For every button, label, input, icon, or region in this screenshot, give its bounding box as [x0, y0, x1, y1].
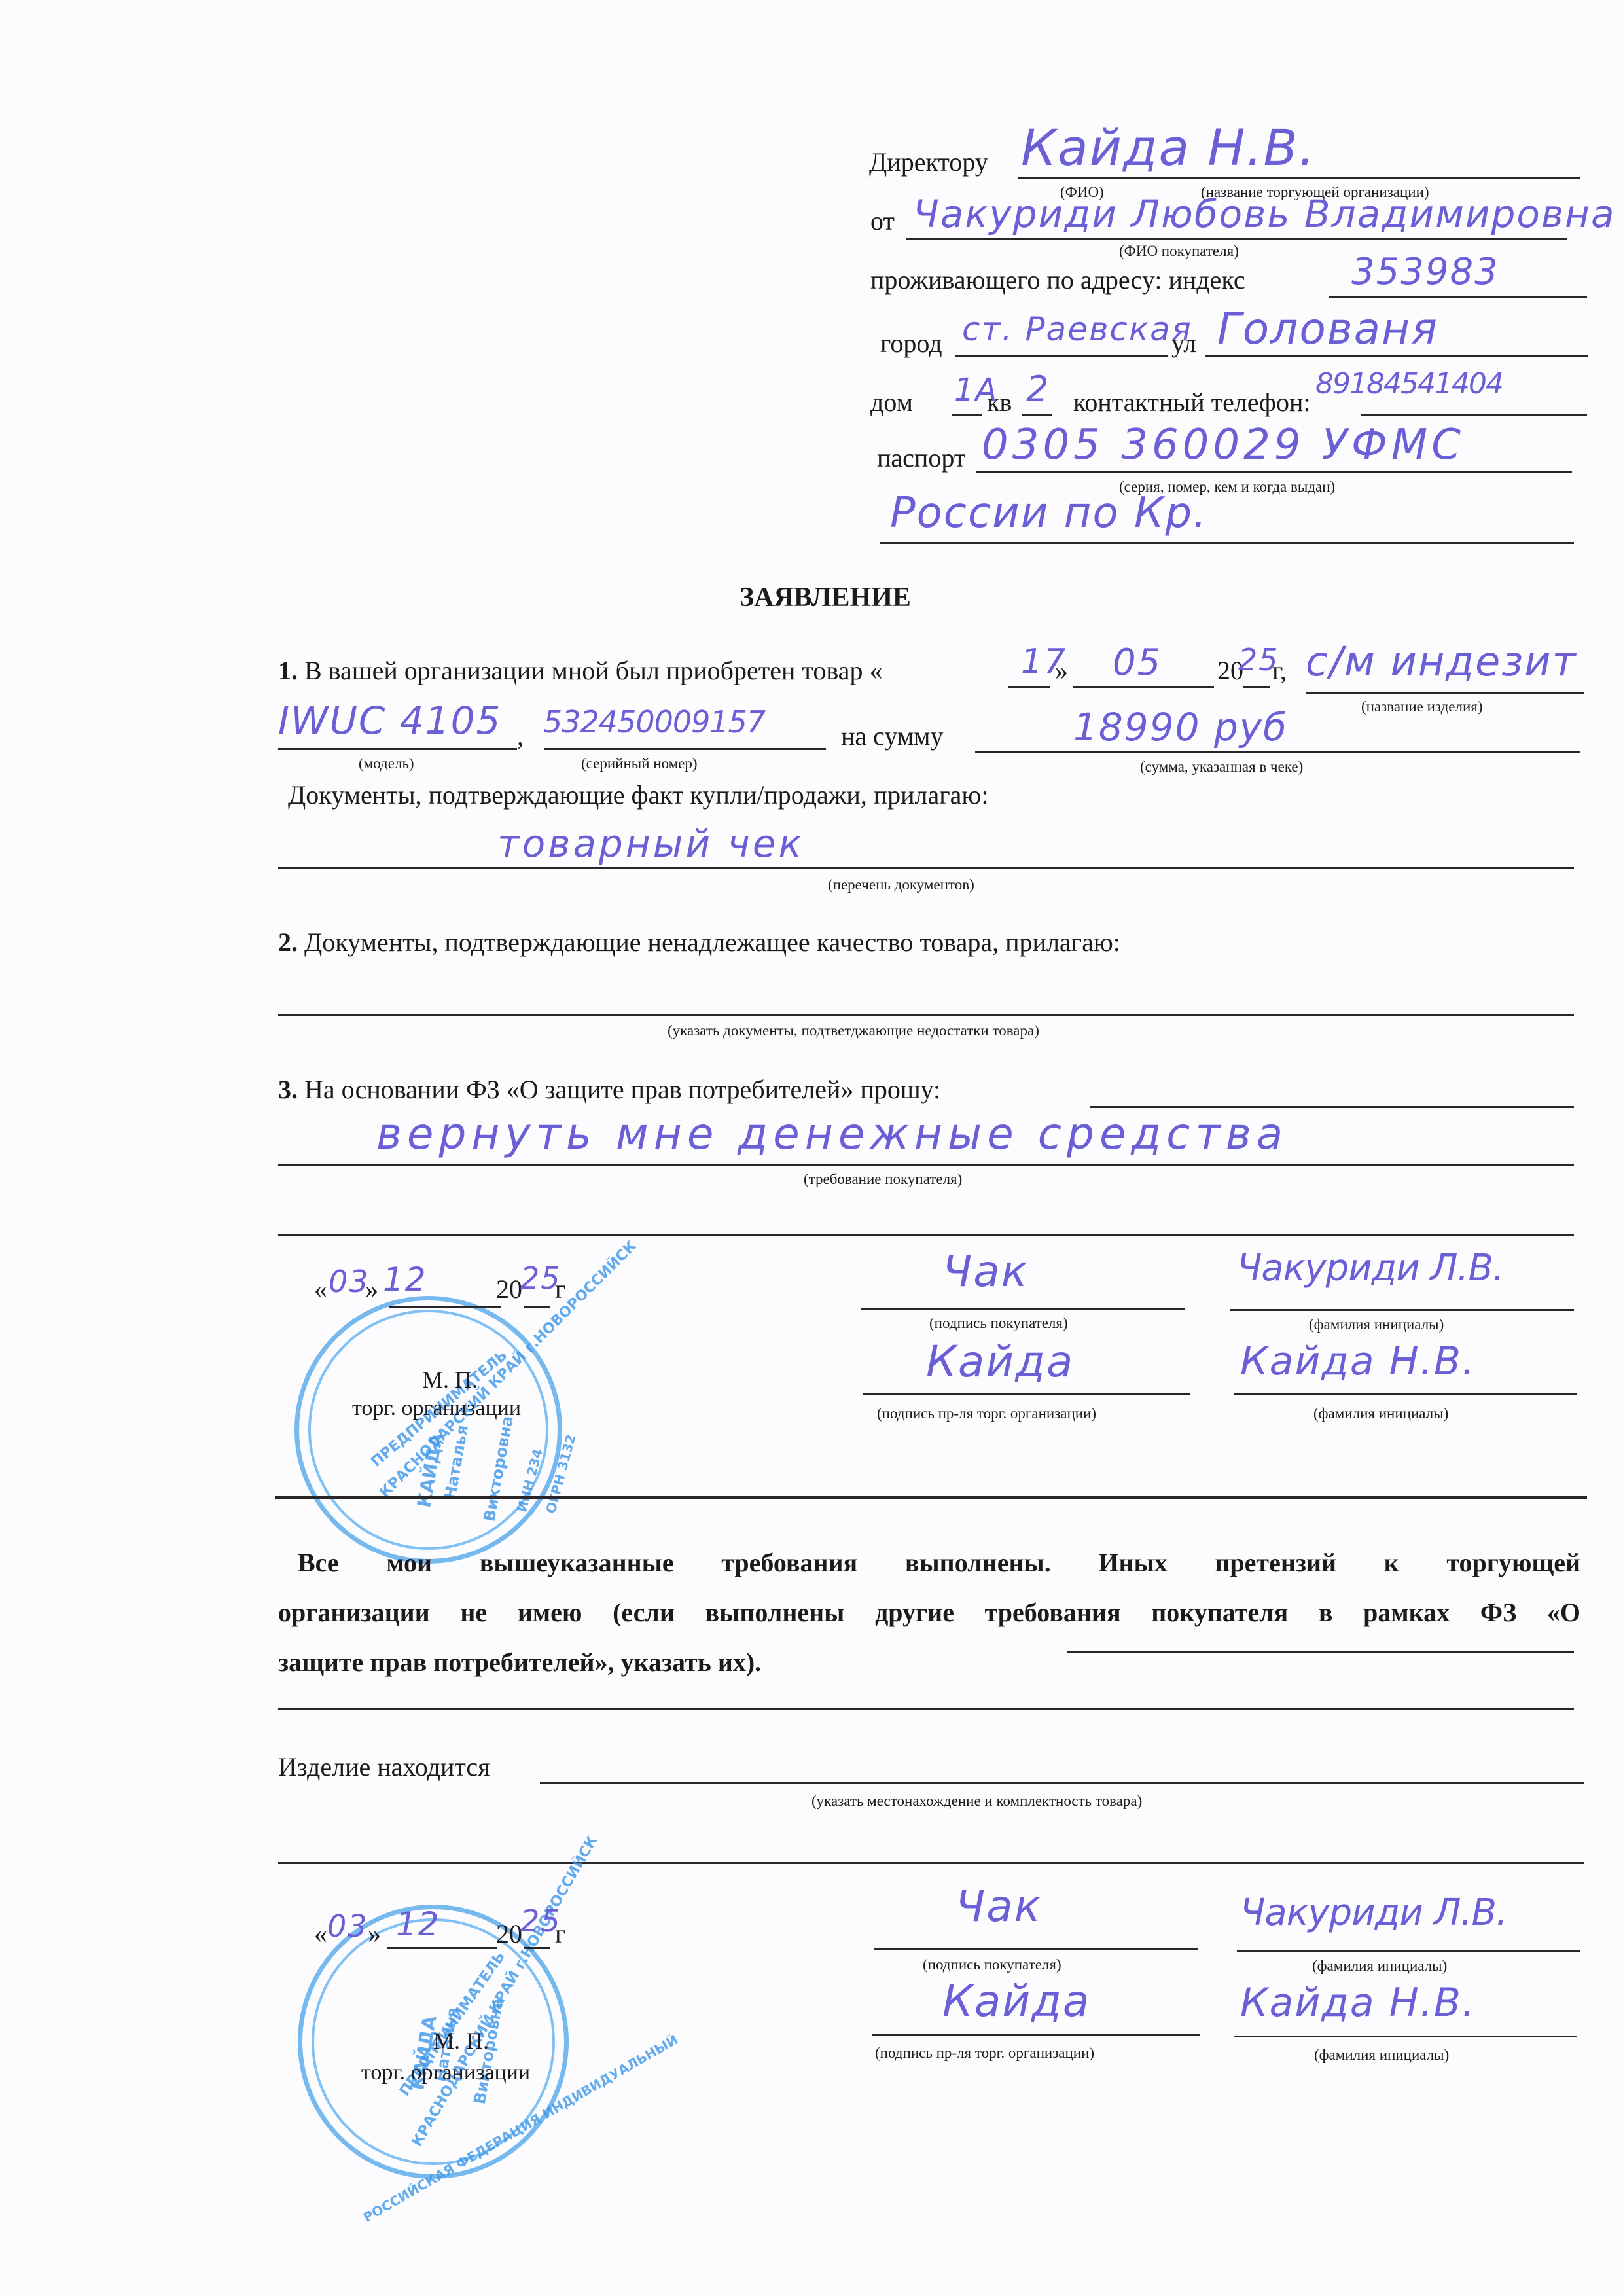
- final-line-2: организации не имею (если выполнены друг…: [278, 1588, 1580, 1638]
- buyer-name-1-caption: (фамилия инициалы): [1309, 1317, 1444, 1332]
- purchase-day-underline: [1008, 686, 1050, 688]
- buyer-name-2-line: [1237, 1950, 1580, 1952]
- from-underline: [906, 238, 1567, 240]
- final-line-3: защите прав потребителей», указать их).: [278, 1638, 1580, 1687]
- section3-underline-3: [278, 1234, 1574, 1236]
- product-name[interactable]: с/м индезит: [1306, 641, 1577, 682]
- passport-label: паспорт: [877, 445, 965, 471]
- purchase-year-underline: [1243, 686, 1270, 688]
- section1-text: 1. В вашей организации мной был приобрет…: [278, 658, 882, 684]
- sum-value[interactable]: 18990 руб: [1073, 708, 1288, 746]
- section3-underline-1: [1090, 1106, 1574, 1108]
- serial-value[interactable]: 532450009157: [543, 707, 765, 737]
- city-label: город: [880, 331, 942, 357]
- from-value[interactable]: Чакуриди Любовь Владимировна: [913, 195, 1616, 233]
- date1-month-underline: [389, 1306, 501, 1308]
- section3-text: 3. На основании ФЗ «О защите прав потреб…: [278, 1077, 940, 1103]
- index-underline: [1329, 296, 1587, 298]
- seller-name-2-caption: (фамилия инициалы): [1314, 2047, 1449, 2062]
- buyer-signature-2-caption: (подпись покупателя): [923, 1957, 1061, 1972]
- buyer-fio-caption: (ФИО покупателя): [1119, 243, 1239, 259]
- comma: ,: [517, 723, 524, 749]
- docs-caption: (перечень документов): [828, 877, 974, 892]
- seller-name-1-line: [1234, 1393, 1577, 1395]
- buyer-signature-1-caption: (подпись покупателя): [929, 1316, 1068, 1331]
- product-name-underline: [1306, 692, 1584, 694]
- document-title: ЗАЯВЛЕНИЕ: [740, 584, 911, 611]
- buyer-name-1-line: [1230, 1309, 1574, 1311]
- serial-underline: [544, 748, 826, 750]
- sum-label: на сумму: [841, 723, 943, 749]
- date2-year-unit: г: [555, 1921, 565, 1947]
- docs-label: Документы, подтверждающие факт купли/про…: [288, 782, 988, 808]
- section1-intro: В вашей организации мной был приобретен …: [304, 656, 882, 685]
- seller-name-2-line: [1234, 2036, 1577, 2037]
- seller-name-1-caption: (фамилия инициалы): [1313, 1406, 1448, 1421]
- stamp2-org: торг. организации: [361, 2062, 530, 2084]
- flat-label: кв: [987, 389, 1012, 416]
- date1-close: »: [365, 1276, 378, 1302]
- company-stamp: [294, 1296, 562, 1564]
- date1-year-prefix: 20: [496, 1276, 522, 1302]
- purchase-year-unit: г,: [1272, 658, 1287, 684]
- seller-signature-1-line: [863, 1393, 1190, 1395]
- date2-close: »: [368, 1921, 381, 1947]
- director-value[interactable]: Кайда Н.В.: [1021, 123, 1316, 173]
- seller-signature-2-caption: (подпись пр-ля торг. организации): [875, 2045, 1094, 2060]
- final-line-1: Все мои вышеуказанные требования выполне…: [278, 1538, 1580, 1588]
- phone-label: контактный телефон:: [1073, 389, 1310, 416]
- section3-intro: На основании ФЗ «О защите прав потребите…: [304, 1075, 940, 1104]
- section3-num: 3.: [278, 1075, 298, 1104]
- street-label: ул: [1171, 331, 1196, 357]
- date1-year-unit: г: [555, 1276, 565, 1302]
- buyer-signature-2-line: [874, 1948, 1198, 1950]
- model-underline: [278, 748, 517, 750]
- section2-caption: (указать документы, подтветджающие недос…: [668, 1023, 1039, 1038]
- passport-value-line2[interactable]: России по Кр.: [890, 492, 1207, 534]
- phone-value[interactable]: 89184541404: [1315, 370, 1503, 399]
- section3-caption: (требование покупателя): [804, 1172, 962, 1187]
- date1-open: «: [314, 1276, 327, 1302]
- buyer-signature-1[interactable]: Чак: [942, 1250, 1029, 1293]
- sum-underline: [975, 751, 1580, 753]
- final-claims-underline: [1067, 1651, 1574, 1653]
- date2-year-underline: [524, 1947, 550, 1949]
- street-value[interactable]: Голованя: [1217, 308, 1438, 351]
- location-caption: (указать местонахождение и комплектность…: [811, 1793, 1142, 1808]
- section2-num: 2.: [278, 927, 298, 957]
- stamp1-mp: М. П.: [422, 1368, 478, 1391]
- from-label: от: [870, 208, 895, 234]
- purchase-day-close: »: [1055, 658, 1068, 684]
- seller-signature-1[interactable]: Кайда: [926, 1340, 1074, 1384]
- date2-month[interactable]: 12: [396, 1908, 440, 1941]
- director-underline: [1018, 177, 1580, 179]
- director-label: Директору: [869, 149, 988, 175]
- model-caption: (модель): [359, 756, 414, 771]
- seller-signature-2[interactable]: Кайда: [942, 1980, 1090, 2023]
- house-underline: [952, 414, 982, 416]
- city-underline: [955, 355, 1168, 357]
- buyer-name-1[interactable]: Чакуриди Л.В.: [1237, 1250, 1504, 1287]
- seller-name-1[interactable]: Кайда Н.В.: [1240, 1342, 1476, 1381]
- date1-day[interactable]: 03: [329, 1266, 370, 1297]
- seller-signature-1-caption: (подпись пр-ля торг. организации): [877, 1406, 1096, 1421]
- final-paragraph: Все мои вышеуказанные требования выполне…: [278, 1538, 1580, 1687]
- model-value[interactable]: IWUC 4105: [278, 702, 501, 740]
- buyer-name-2-caption: (фамилия инициалы): [1312, 1958, 1447, 1973]
- docs-value[interactable]: товарный чек: [497, 825, 804, 863]
- buyer-name-2[interactable]: Чакуриди Л.В.: [1240, 1895, 1507, 1931]
- date1-year-underline: [524, 1306, 550, 1308]
- section3-underline-2: [278, 1164, 1574, 1166]
- date2-open: «: [314, 1921, 327, 1947]
- phone-underline: [1361, 414, 1587, 416]
- passport-underline-2: [880, 542, 1574, 544]
- address-label: проживающего по адресу: индекс: [870, 267, 1245, 293]
- section2-text: 2. Документы, подтверждающие ненадлежаще…: [278, 929, 1120, 956]
- location-underline-2: [278, 1862, 1584, 1864]
- location-underline: [540, 1782, 1584, 1784]
- date1-month[interactable]: 12: [383, 1263, 427, 1296]
- stamp1-org: торг. организации: [352, 1397, 521, 1420]
- date2-month-underline: [387, 1947, 497, 1949]
- house-label: дом: [870, 389, 913, 416]
- date2-day[interactable]: 03: [327, 1911, 368, 1941]
- purchase-month-underline: [1073, 686, 1214, 688]
- product-caption: (название изделия): [1361, 699, 1483, 714]
- section1-num: 1.: [278, 656, 298, 685]
- request-value[interactable]: вернуть мне денежные средства: [376, 1113, 1288, 1156]
- final-claims-underline-2: [278, 1708, 1574, 1710]
- buyer-signature-1-line: [861, 1308, 1185, 1310]
- serial-caption: (серийный номер): [581, 756, 698, 771]
- section2-intro: Документы, подтверждающие ненадлежащее к…: [304, 927, 1120, 957]
- stamp2-mp: М. П.: [433, 2029, 489, 2053]
- passport-value-line1[interactable]: 0305 360029 УФМС: [982, 424, 1465, 466]
- purchase-month[interactable]: 05: [1113, 645, 1162, 681]
- flat-value[interactable]: 2: [1026, 372, 1050, 407]
- sum-caption: (сумма, указанная в чеке): [1140, 759, 1303, 774]
- date2-year-prefix: 20: [496, 1921, 522, 1947]
- street-underline: [1205, 355, 1588, 357]
- section2-underline: [278, 1014, 1574, 1016]
- city-value[interactable]: ст. Раевская: [962, 313, 1192, 346]
- docs-underline: [278, 867, 1574, 869]
- buyer-signature-2[interactable]: Чак: [955, 1885, 1042, 1928]
- passport-underline: [976, 471, 1572, 473]
- seller-signature-2-line: [872, 2034, 1200, 2036]
- flat-underline: [1022, 414, 1052, 416]
- section-divider: [275, 1496, 1587, 1499]
- index-value[interactable]: 353983: [1351, 254, 1499, 291]
- seller-name-2[interactable]: Кайда Н.В.: [1240, 1983, 1476, 2022]
- location-label: Изделие находится: [278, 1754, 490, 1780]
